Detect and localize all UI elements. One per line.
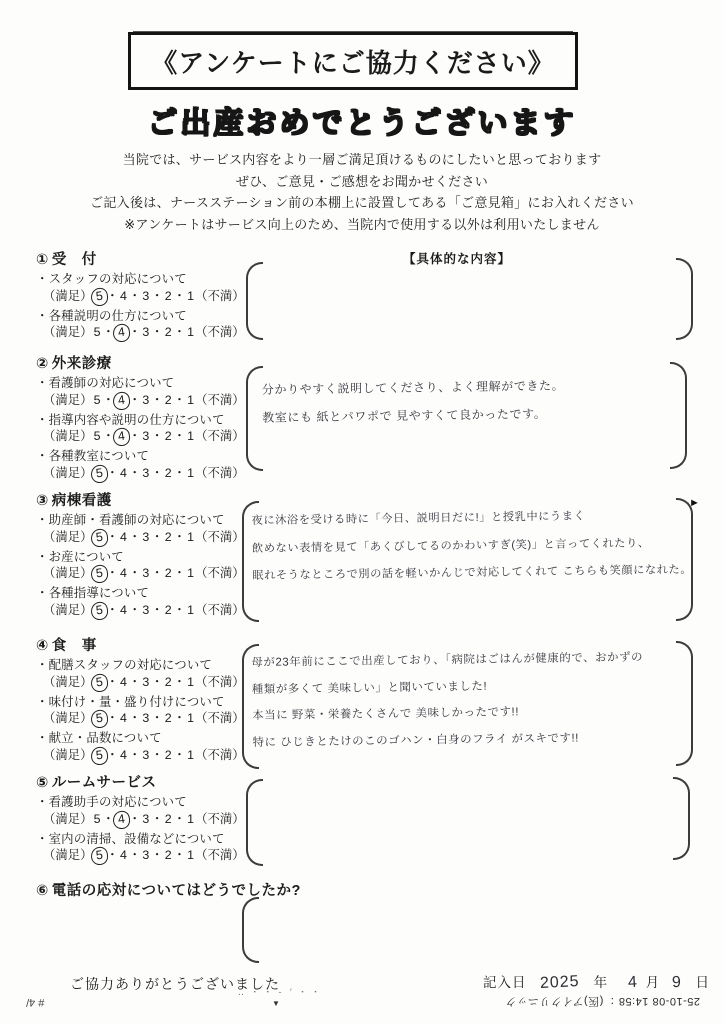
scanned-survey-sheet: 《アンケートにご協力ください》 ご出産おめでとうございます 当院では、サービス内…: [0, 0, 724, 1024]
rating-separator: ・: [150, 289, 163, 303]
triangle-down-mark: ▼: [272, 999, 280, 1008]
rating-separator: ・: [173, 566, 186, 580]
rating-number: 2: [164, 602, 173, 619]
dissatisfied-label: （不満）: [195, 466, 245, 480]
dissatisfied-label: （不満）: [195, 675, 245, 689]
dissatisfied-label: （不満）: [195, 603, 245, 617]
rating-number: 2: [164, 565, 173, 582]
dissatisfied-label: （不満）: [195, 848, 245, 862]
rating-number: 2: [164, 392, 173, 409]
rating-separator: ・: [173, 711, 186, 725]
section-number: ④: [36, 638, 49, 654]
rating-number: 2: [164, 674, 173, 691]
rating-separator: ・: [173, 530, 186, 544]
satisfied-label: （満足）: [43, 848, 93, 862]
rating-separator: ・: [173, 675, 186, 689]
rating-separator: ・: [128, 603, 141, 617]
rating-separator: ・: [128, 530, 141, 544]
rating-separator: ・: [128, 748, 141, 762]
rating-separator: ・: [128, 566, 141, 580]
intro-paragraph: 当院では、サービス内容をより一層ご満足頂けるものにしたいと思っております ぜひ、…: [0, 149, 724, 235]
rating-number: 1: [186, 710, 195, 727]
rating-number: 3: [141, 324, 150, 341]
year-label: 年: [594, 975, 609, 990]
section-number: ⑥: [36, 883, 49, 899]
intro-line: ご記入後は、ナースステーション前の本棚上に設置してある「ご意見箱」にお入れくださ…: [0, 192, 724, 214]
rating-number: 3: [141, 847, 150, 864]
section-title-text: 電話の応対についてはどうでしたか?: [52, 883, 301, 899]
satisfied-label: （満足）: [43, 711, 93, 725]
rating-number: 4: [119, 529, 128, 546]
rating-separator: ・: [173, 848, 186, 862]
dissatisfied-label: （不満）: [195, 711, 245, 725]
comment-bracket-open: [246, 366, 263, 471]
rating-separator: ・: [173, 429, 186, 443]
rating-number: 3: [141, 465, 150, 482]
selected-rating-circle: 4: [112, 427, 131, 447]
rating-number: 3: [141, 392, 150, 409]
handwritten-month: 4: [627, 974, 638, 992]
rating-number: 1: [186, 392, 195, 409]
rating-separator: ・: [173, 393, 186, 407]
rating-separator: ・: [128, 848, 141, 862]
section-title-text: 病棟看護: [52, 493, 112, 509]
satisfied-label: （満足）: [43, 603, 93, 617]
handwritten-comment-line: 教室にも 紙とパワポで 見やすくて良かったです。: [262, 398, 662, 432]
rating-number: 1: [186, 747, 195, 764]
handwritten-year: 2025: [540, 973, 580, 993]
rating-number: 3: [141, 747, 150, 764]
selected-rating-circle: 5: [89, 709, 108, 729]
dissatisfied-label: （不満）: [195, 530, 245, 544]
section-number: ①: [36, 252, 49, 268]
rating-number: 2: [164, 324, 173, 341]
handwritten-comment-line: 眠れそうなところで別の話を軽いかんじで対応してくれて こちらも笑顔になれた。: [252, 557, 682, 591]
section-number: ⑤: [36, 775, 49, 791]
selected-rating-circle: 5: [89, 846, 108, 866]
rating-separator: ・: [150, 675, 163, 689]
month-label: 月: [646, 975, 661, 990]
dissatisfied-label: （不満）: [195, 812, 245, 826]
specific-details-header: 【具体的な内容】: [403, 249, 511, 267]
rating-separator: ・: [150, 748, 163, 762]
comment-bracket-close: [673, 777, 690, 860]
rating-number: 5: [93, 324, 102, 341]
rating-number: 1: [186, 324, 195, 341]
rating-number: 5: [93, 811, 102, 828]
satisfied-label: （満足）: [43, 566, 93, 580]
rating-separator: ・: [128, 289, 141, 303]
rating-number: 3: [141, 288, 150, 305]
rating-separator: ・: [173, 289, 186, 303]
handwritten-day: 9: [671, 974, 682, 992]
rating-number: 1: [186, 674, 195, 691]
intro-line: ぜひ、ご意見・ご感想をお聞かせください: [0, 171, 724, 193]
rating-number: 1: [186, 811, 195, 828]
satisfied-label: （満足）: [43, 429, 93, 443]
rating-number: 1: [186, 847, 195, 864]
fill-date-row: 記入日 2025 年 4 月 9 日: [483, 971, 710, 992]
section-title-text: 受 付: [52, 252, 97, 268]
dissatisfied-label: （不満）: [195, 429, 245, 443]
satisfied-label: （満足）: [43, 393, 93, 407]
rating-number: 2: [164, 465, 173, 482]
satisfied-label: （満足）: [43, 325, 93, 339]
satisfied-label: （満足）: [43, 466, 93, 480]
rating-separator: ・: [150, 393, 163, 407]
rating-separator: ・: [150, 566, 163, 580]
rating-number: 2: [164, 529, 173, 546]
rating-separator: ・: [150, 325, 163, 339]
comment-bracket-open: [242, 897, 259, 963]
upside-down-page-mark: # 4/: [26, 996, 44, 1008]
rating-number: 2: [164, 428, 173, 445]
title-box-text: 《アンケートにご協力ください》: [151, 43, 554, 80]
satisfied-label: （満足）: [43, 748, 93, 762]
comment-bracket-open: [246, 779, 263, 866]
rating-separator: ・: [173, 466, 186, 480]
rating-separator: ・: [150, 848, 163, 862]
handwritten-comment-line: 特に ひじきとたけのこのゴハン・白身のフライ がスキです!!: [252, 723, 682, 756]
satisfied-label: （満足）: [43, 530, 93, 544]
rating-number: 2: [164, 710, 173, 727]
rating-number: 4: [119, 288, 128, 305]
rating-number: 2: [164, 847, 173, 864]
rating-number: 2: [164, 811, 173, 828]
selected-rating-circle: 5: [89, 564, 108, 584]
scan-noise-dots: ‥ ･ ･ ‐ ′ ･ ･: [238, 985, 321, 998]
rating-number: 4: [119, 465, 128, 482]
rating-number: 3: [141, 674, 150, 691]
rating-number: 3: [141, 565, 150, 582]
title-box: 《アンケートにご協力ください》: [128, 32, 578, 90]
rating-separator: ・: [150, 711, 163, 725]
rating-number: 1: [186, 465, 195, 482]
rating-separator: ・: [173, 325, 186, 339]
rating-number: 1: [186, 565, 195, 582]
day-label: 日: [696, 975, 711, 990]
selected-rating-circle: 4: [112, 323, 131, 343]
section-title-text: 外来診療: [52, 356, 112, 372]
rating-separator: ・: [173, 748, 186, 762]
rating-separator: ・: [128, 711, 141, 725]
rating-number: 3: [141, 428, 150, 445]
rating-number: 3: [141, 529, 150, 546]
handwritten-comments-ward: 夜に沐浴を受ける時に「今日、説明日だに!」と授乳中にうまく飲めない表情を見て「あ…: [251, 502, 682, 590]
dissatisfied-label: （不満）: [195, 289, 245, 303]
rating-number: 4: [119, 602, 128, 619]
comment-bracket-close: [670, 362, 687, 469]
handwritten-comments-meals: 母が23年前にここで出産しており、「病院はごはんが健康的で、おかずの種類が多くて…: [251, 644, 682, 756]
rating-number: 4: [119, 674, 128, 691]
rating-number: 4: [119, 747, 128, 764]
section-title-text: 食 事: [52, 638, 97, 654]
section-number: ③: [36, 493, 49, 509]
section-title: ⑥電話の応対についてはどうでしたか?: [36, 879, 466, 900]
rating-number: 1: [186, 428, 195, 445]
congratulations-heading: ご出産おめでとうございます: [0, 98, 724, 142]
rating-separator: ・: [173, 812, 186, 826]
rating-number: 4: [119, 710, 128, 727]
rating-separator: ・: [173, 603, 186, 617]
section-title-text: ルームサービス: [52, 775, 157, 791]
handwritten-comments-outpatient: 分かりやすく説明してくださり、よく理解ができた。教室にも 紙とパワポで 見やすく…: [262, 370, 663, 432]
rating-number: 1: [186, 288, 195, 305]
intro-line: ※アンケートはサービス向上のため、当院内で使用する以外は利用いたしません: [0, 214, 724, 236]
upside-down-fax-header: 25-10-08 14:58 ：(医)アイクリニック: [468, 994, 700, 1010]
dissatisfied-label: （不満）: [195, 566, 245, 580]
rating-number: 5: [93, 428, 102, 445]
rating-separator: ・: [150, 603, 163, 617]
date-label: 記入日: [483, 975, 527, 990]
rating-number: 2: [164, 747, 173, 764]
satisfied-label: （満足）: [43, 812, 93, 826]
intro-line: 当院では、サービス内容をより一層ご満足頂けるものにしたいと思っております: [0, 149, 724, 171]
section-number: ②: [36, 356, 49, 372]
rating-number: 5: [93, 392, 102, 409]
rating-number: 2: [164, 288, 173, 305]
rating-separator: ・: [128, 675, 141, 689]
rating-separator: ・: [128, 466, 141, 480]
rating-separator: ・: [150, 466, 163, 480]
rating-number: 4: [119, 847, 128, 864]
rating-separator: ・: [150, 812, 163, 826]
rating-number: 1: [186, 529, 195, 546]
rating-number: 1: [186, 602, 195, 619]
rating-separator: ・: [150, 429, 163, 443]
satisfied-label: （満足）: [43, 289, 93, 303]
rating-number: 3: [141, 710, 150, 727]
rating-number: 4: [119, 565, 128, 582]
rating-separator: ・: [150, 530, 163, 544]
satisfied-label: （満足）: [43, 675, 93, 689]
dissatisfied-label: （不満）: [195, 748, 245, 762]
dissatisfied-label: （不満）: [195, 393, 245, 407]
right-arrow-mark: ►: [689, 497, 700, 509]
comment-bracket-close: [676, 258, 693, 340]
rating-number: 3: [141, 811, 150, 828]
rating-number: 3: [141, 602, 150, 619]
comment-bracket-open: [246, 262, 263, 340]
dissatisfied-label: （不満）: [195, 325, 245, 339]
